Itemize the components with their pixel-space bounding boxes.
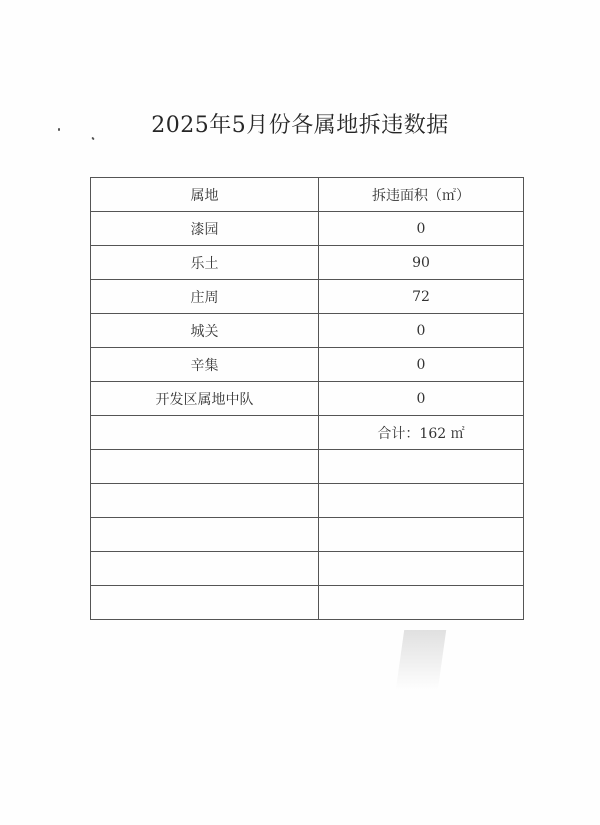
empty-row (91, 552, 524, 586)
empty-cell (91, 450, 319, 484)
cell-value: 0 (319, 314, 524, 348)
empty-row (91, 484, 524, 518)
empty-cell (319, 450, 524, 484)
table-row: 乐土 90 (91, 246, 524, 280)
table-row: 漆园 0 (91, 212, 524, 246)
empty-row (91, 450, 524, 484)
empty-cell (91, 552, 319, 586)
empty-cell (319, 552, 524, 586)
cell-area: 乐土 (91, 246, 319, 280)
cell-value: 0 (319, 212, 524, 246)
cell-value: 72 (319, 280, 524, 314)
document-title: 2025年5月份各属地拆违数据 (0, 108, 600, 139)
empty-cell (319, 484, 524, 518)
header-demolition-area: 拆违面积（㎡） (319, 178, 524, 212)
scanned-page: 2025年5月份各属地拆违数据 属地 拆违面积（㎡） 漆园 0 乐土 90 庄周… (0, 0, 600, 825)
demolition-data-table: 属地 拆违面积（㎡） 漆园 0 乐土 90 庄周 72 城关 0 辛集 0 (90, 177, 524, 620)
cell-area: 庄周 (91, 280, 319, 314)
cell-total-value: 合计：162 ㎡ (319, 416, 524, 450)
cell-value: 0 (319, 382, 524, 416)
cell-total-label (91, 416, 319, 450)
table-row: 城关 0 (91, 314, 524, 348)
scan-shadow (396, 630, 446, 690)
empty-row (91, 518, 524, 552)
cell-value: 0 (319, 348, 524, 382)
header-area: 属地 (91, 178, 319, 212)
empty-cell (91, 586, 319, 620)
table-row: 辛集 0 (91, 348, 524, 382)
table-header-row: 属地 拆违面积（㎡） (91, 178, 524, 212)
empty-cell (319, 586, 524, 620)
cell-value: 90 (319, 246, 524, 280)
table-row: 开发区属地中队 0 (91, 382, 524, 416)
table-row: 庄周 72 (91, 280, 524, 314)
empty-cell (91, 518, 319, 552)
cell-area: 漆园 (91, 212, 319, 246)
empty-cell (319, 518, 524, 552)
cell-area: 城关 (91, 314, 319, 348)
empty-cell (91, 484, 319, 518)
empty-row (91, 586, 524, 620)
cell-area: 辛集 (91, 348, 319, 382)
cell-area: 开发区属地中队 (91, 382, 319, 416)
total-row: 合计：162 ㎡ (91, 416, 524, 450)
